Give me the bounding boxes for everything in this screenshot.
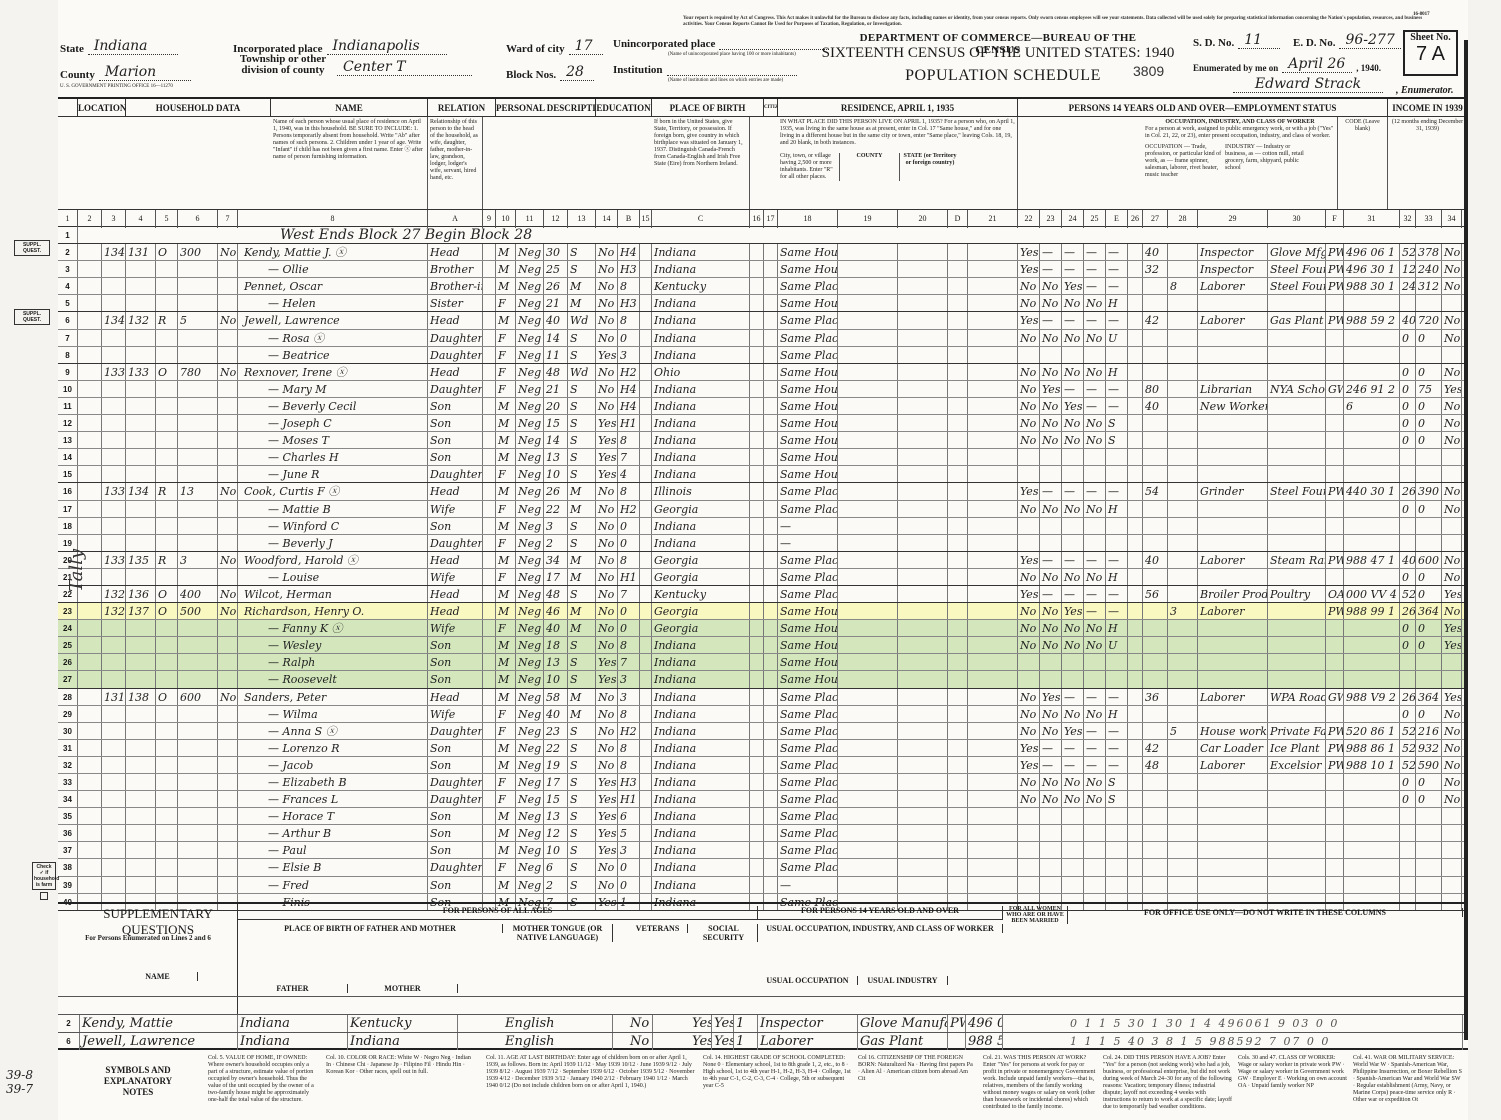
cell-visit	[126, 415, 156, 431]
cell-birth: Indiana	[652, 381, 750, 397]
cell-race: Neg	[516, 261, 544, 277]
table-row[interactable]: 5— HelenSisterFNeg21MNoH3IndianaSame Hou…	[58, 295, 1468, 312]
cell-codeD	[968, 261, 1018, 277]
enumeration-date: April 26	[1282, 56, 1352, 73]
cell-farm	[218, 535, 238, 551]
cell-c25: —	[1106, 757, 1128, 773]
cell-farm35	[948, 791, 968, 807]
cell-residence: —	[778, 518, 838, 534]
cell-codeE	[1128, 825, 1143, 841]
cell-class	[1326, 774, 1344, 790]
column-number: 2	[78, 210, 102, 228]
cell-birth: Indiana	[652, 432, 750, 448]
cell-seek	[1168, 347, 1198, 363]
cell-owned	[156, 449, 178, 465]
cell-industry: Private Family	[1268, 723, 1326, 739]
cell-cit	[764, 689, 778, 705]
cell-visit	[126, 278, 156, 294]
cell-c23: —	[1062, 689, 1084, 705]
cell-visit: 133	[126, 364, 156, 380]
table-row[interactable]: 18— Winford CSonMNeg3SNo0Indiana—	[58, 518, 1468, 535]
cell-codeC	[750, 261, 764, 277]
cell-grade: 8	[618, 552, 640, 568]
cell-industry	[1268, 432, 1326, 448]
table-row[interactable]: 37— PaulSonMNeg10SYes3IndianaSame Place	[58, 842, 1468, 859]
cell-c24	[1084, 877, 1106, 893]
cell-residence: Same Place	[778, 330, 838, 346]
cell-grade: 3	[618, 689, 640, 705]
cell-c21: No	[1018, 398, 1040, 414]
cell-codeD	[968, 244, 1018, 260]
cell-age: 26	[544, 483, 568, 499]
cell-owned	[156, 295, 178, 311]
cell-state	[898, 620, 948, 636]
cell-residence: Same House	[778, 364, 838, 380]
cell-grade: 0	[618, 620, 640, 636]
cell-grade: 0	[618, 518, 640, 534]
cell-grade: 0	[618, 535, 640, 551]
cell-codeE	[1128, 740, 1143, 756]
cell-value	[178, 398, 218, 414]
cell-code: 496 06 1	[1344, 244, 1400, 260]
cell-class: PW	[1326, 740, 1344, 756]
cell-state	[898, 261, 948, 277]
cell-weeks	[1400, 877, 1416, 893]
cell-code	[1344, 825, 1400, 841]
cell-farm	[218, 808, 238, 824]
cell-hours	[1143, 295, 1168, 311]
cell-hours: 32	[1143, 261, 1168, 277]
cell-visit: 135	[126, 552, 156, 568]
cell-relation: Head	[428, 552, 483, 568]
cell-sex: M	[496, 432, 516, 448]
table-row[interactable]: 30— Anna S ⓧDaughterFNeg23SNoH2IndianaSa…	[58, 723, 1468, 740]
cell-house	[102, 398, 126, 414]
cell-weeks: 12	[1400, 261, 1416, 277]
cell-other	[1442, 449, 1462, 465]
cell-value	[178, 706, 218, 722]
cell-codeB	[640, 347, 652, 363]
cell-codeE	[1128, 689, 1143, 705]
cell-age: 22	[544, 501, 568, 517]
table-row[interactable]: 231323137O500NoRichardson, Henry O.HeadM…	[58, 603, 1468, 620]
cell-other: No	[1442, 706, 1462, 722]
cell-cit	[764, 535, 778, 551]
table-row[interactable]: 4Pennet, OscarBrother-in-LawMNeg26MNo8Ke…	[58, 278, 1468, 295]
cell-industry	[1268, 330, 1326, 346]
cell-grade: H4	[618, 381, 640, 397]
cell-state	[898, 432, 948, 448]
cell-cit	[764, 415, 778, 431]
cell-weeks: 26	[1400, 483, 1416, 499]
cell-school: No	[596, 740, 618, 756]
cell-c22: —	[1040, 244, 1062, 260]
column-number: 28	[1168, 210, 1198, 228]
cell-grade: H4	[618, 244, 640, 260]
column-number: 4	[126, 210, 156, 228]
cell-value	[178, 723, 218, 739]
cell-grade: H2	[618, 501, 640, 517]
table-row[interactable]: 1West Ends Block 27 Begin Block 28	[58, 227, 1468, 244]
cell-code: 988 47 1	[1344, 552, 1400, 568]
cell-codeD	[968, 295, 1018, 311]
cell-c21: Yes	[1018, 586, 1040, 602]
cell-owned	[156, 466, 178, 482]
cell-house	[102, 432, 126, 448]
cell-school: No	[596, 518, 618, 534]
cell-c21	[1018, 535, 1040, 551]
cell-name: — Elizabeth B	[238, 774, 428, 790]
cell-c22: —	[1040, 483, 1062, 499]
cell-codeA	[483, 654, 496, 670]
column-number: E	[1106, 210, 1128, 228]
cell-codeC	[750, 278, 764, 294]
cell-hours	[1143, 432, 1168, 448]
cell-seek	[1168, 483, 1198, 499]
table-row[interactable]: 10— Mary MDaughterFNeg21SNoH4IndianaSame…	[58, 381, 1468, 398]
cell-grade: 3	[618, 842, 640, 858]
occupation-instructions: OCCUPATION, INDUSTRY, AND CLASS OF WORKE…	[1143, 117, 1338, 209]
table-row[interactable]: 3— OllieBrotherMNeg25SNoH3IndianaSame Ho…	[58, 261, 1468, 278]
cell-code: 246 91 2	[1344, 381, 1400, 397]
cell-c25: S	[1106, 432, 1128, 448]
table-row[interactable]: 19— Beverly JDaughterFNeg2SNo0Indiana—	[58, 535, 1468, 552]
cell-c23	[1062, 671, 1084, 687]
table-row[interactable]: 281317138O600NoSanders, PeterHeadMNeg58M…	[58, 689, 1468, 706]
cell-marital: S	[568, 347, 596, 363]
cell-county	[838, 637, 898, 653]
cell-owned: R	[156, 483, 178, 499]
table-row[interactable]: 201331135R3NoWoodford, Harold ⓧHeadMNeg3…	[58, 552, 1468, 569]
cell-visit	[126, 569, 156, 585]
table-row[interactable]: 14— Charles HSonMNeg13SYes7IndianaSame H…	[58, 449, 1468, 466]
cell-sex: M	[496, 808, 516, 824]
cell-relation: Daughter	[428, 347, 483, 363]
cell-hours	[1143, 347, 1168, 363]
cell-seek	[1168, 757, 1198, 773]
cell-income: 312	[1416, 278, 1442, 294]
cell-house	[102, 620, 126, 636]
cell-c24: —	[1084, 278, 1106, 294]
cell-state	[898, 808, 948, 824]
cell-county	[838, 706, 898, 722]
cell-owned	[156, 381, 178, 397]
cell-c23: No	[1062, 637, 1084, 653]
cell-seek	[1168, 620, 1198, 636]
table-row[interactable]: 36— Arthur BSonMNeg12SYes5IndianaSame Pl…	[58, 825, 1468, 842]
cell-codeB	[640, 432, 652, 448]
table-row[interactable]: 29— WilmaWifeFNeg40MNo8IndianaSame Place…	[58, 706, 1468, 723]
cell-school: No	[596, 398, 618, 414]
cell-codeD	[968, 689, 1018, 705]
cell-sex: M	[496, 483, 516, 499]
cell-codeB	[640, 859, 652, 875]
cell-codeB	[640, 278, 652, 294]
cell-county	[838, 859, 898, 875]
cell-cit	[764, 791, 778, 807]
cell-class	[1326, 791, 1344, 807]
table-row[interactable]: 33— Elizabeth BDaughterFNeg17SYesH3India…	[58, 774, 1468, 791]
cell-c24: —	[1084, 552, 1106, 568]
column-number: 23	[1040, 210, 1062, 228]
cell-birth: Indiana	[652, 791, 750, 807]
supp-cell-usual_occ: Laborer	[758, 1033, 858, 1050]
ed-value: 96-277	[1339, 32, 1400, 49]
cell-c23: No	[1062, 620, 1084, 636]
table-body: 1West Ends Block 27 Begin Block 28213451…	[58, 227, 1468, 911]
table-row[interactable]: 8— BeatriceDaughterFNeg11SYes3IndianaSam…	[58, 347, 1468, 364]
cell-cit	[764, 706, 778, 722]
cell-c24: —	[1084, 312, 1106, 328]
cell-relation: Wife	[428, 501, 483, 517]
cell-codeD	[968, 842, 1018, 858]
cell-value	[178, 466, 218, 482]
cell-cit	[764, 740, 778, 756]
table-row[interactable]: 15— June RDaughterFNeg10SYes4IndianaSame…	[58, 466, 1468, 483]
cell-age: 17	[544, 569, 568, 585]
cell-class	[1326, 825, 1344, 841]
supp-cell-office: 0 1 1 5 30 1 30 1 4 496061 9 03 0 0	[1068, 1015, 1463, 1032]
cell-school: No	[596, 757, 618, 773]
column-number: 16	[750, 210, 764, 228]
cell-value	[178, 535, 218, 551]
cell-county	[838, 723, 898, 739]
line-number: 2	[58, 1015, 80, 1032]
cell-race: Neg	[516, 723, 544, 739]
sd-value: 11	[1238, 32, 1280, 49]
cell-cit	[764, 347, 778, 363]
name-instructions: Name of each person whose usual place of…	[271, 117, 428, 209]
supp-cell-usual_ind: Gas Plant	[858, 1033, 948, 1050]
table-row[interactable]: 35— Horace TSonMNeg13SYes6IndianaSame Pl…	[58, 808, 1468, 825]
table-row[interactable]: 21345131O300NoKendy, Mattie J. ⓧHeadMNeg…	[58, 244, 1468, 261]
cell-other: No	[1442, 432, 1462, 448]
cell-race: Neg	[516, 483, 544, 499]
cell-school: No	[596, 569, 618, 585]
cell-seek	[1168, 432, 1198, 448]
cell-c23: —	[1062, 244, 1084, 260]
cell-income	[1416, 671, 1442, 687]
cell-codeA	[483, 842, 496, 858]
cell-age: 13	[544, 654, 568, 670]
cell-other	[1442, 295, 1462, 311]
column-number: 27	[1143, 210, 1168, 228]
cell-age: 15	[544, 415, 568, 431]
cell-race: Neg	[516, 740, 544, 756]
cell-sex: F	[496, 381, 516, 397]
column-number: 24	[1062, 210, 1084, 228]
cell-c24	[1084, 449, 1106, 465]
cell-county	[838, 569, 898, 585]
cell-c23	[1062, 518, 1084, 534]
table-row[interactable]: 12— Joseph CSonMNeg15SYesH1IndianaSame H…	[58, 415, 1468, 432]
column-number: 21	[968, 210, 1018, 228]
cell-c25: S	[1106, 415, 1128, 431]
table-row[interactable]: 161335134R13NoCook, Curtis F ⓧHeadMNeg26…	[58, 483, 1468, 500]
cell-codeB	[640, 312, 652, 328]
cell-house: 1317	[102, 689, 126, 705]
cell-c24: —	[1084, 757, 1106, 773]
cell-county	[838, 381, 898, 397]
cell-name: — Mattie B	[238, 501, 428, 517]
relation-instructions: Relationship of this person to the head …	[428, 117, 483, 209]
table-row[interactable]: 21— LouiseWifeFNeg17MNoH1GeorgiaSame Pla…	[58, 569, 1468, 586]
cell-cit	[764, 518, 778, 534]
ward-value: 17	[569, 38, 603, 55]
cell-value	[178, 381, 218, 397]
cell-c24: No	[1084, 706, 1106, 722]
cell-farm: No	[218, 312, 238, 328]
cell-c24	[1084, 808, 1106, 824]
cell-occupation	[1198, 415, 1268, 431]
cell-age: 22	[544, 740, 568, 756]
cell-c25: —	[1106, 278, 1128, 294]
supp-cell-veteran: No	[628, 1033, 653, 1050]
cell-birth: Indiana	[652, 415, 750, 431]
cell-c24	[1084, 518, 1106, 534]
cell-codeE	[1128, 312, 1143, 328]
table-row[interactable]: 91339133O780NoRexnover, Irene ⓧHeadFNeg4…	[58, 364, 1468, 381]
cell-c22: No	[1040, 706, 1062, 722]
table-row[interactable]: 26— RalphSonMNeg13SYes7IndianaSame House	[58, 654, 1468, 671]
cell-c25: —	[1106, 552, 1128, 568]
table-row[interactable]: 13— Moses TSonMNeg14SYes8IndianaSame Hou…	[58, 432, 1468, 449]
supplementary-row[interactable]: 2Kendy, MattieIndianaKentuckyEnglishNoYe…	[58, 1014, 1468, 1032]
cell-codeA	[483, 569, 496, 585]
cell-marital: S	[568, 740, 596, 756]
cell-value	[178, 278, 218, 294]
cell-sex: F	[496, 723, 516, 739]
cell-c21: Yes	[1018, 740, 1040, 756]
cell-farm35	[948, 774, 968, 790]
cell-codeE	[1128, 483, 1143, 499]
cell-owned	[156, 791, 178, 807]
supp-quest-marker-line-2: SUPPL. QUEST.	[14, 240, 50, 256]
cell-residence: Same Place	[778, 723, 838, 739]
cell-weeks: 52	[1400, 740, 1416, 756]
cell-grade: 8	[618, 432, 640, 448]
cell-visit: 134	[126, 483, 156, 499]
table-row[interactable]: 7— Rosa ⓧDaughterFNeg14SNo0IndianaSame P…	[58, 330, 1468, 347]
table-row[interactable]: 34— Frances LDaughterFNeg15SYesH1Indiana…	[58, 791, 1468, 808]
cell-name: Cook, Curtis F ⓧ	[238, 483, 428, 499]
cell-codeB	[640, 518, 652, 534]
table-row[interactable]: 61343132R5NoJewell, LawrenceHeadMNeg40Wd…	[58, 312, 1468, 329]
cell-farm35	[948, 261, 968, 277]
cell-house	[102, 877, 126, 893]
cell-c23: No	[1062, 774, 1084, 790]
cell-cit	[764, 552, 778, 568]
cell-state	[898, 654, 948, 670]
cell-hours	[1143, 808, 1168, 824]
cell-hours	[1143, 415, 1168, 431]
cell-farm35	[948, 381, 968, 397]
cell-grade: 4	[618, 466, 640, 482]
cell-class: PW	[1326, 261, 1344, 277]
cell-birth: Indiana	[652, 535, 750, 551]
cell-codeD	[968, 603, 1018, 619]
cell-relation: Head	[428, 312, 483, 328]
cell-sex: M	[496, 449, 516, 465]
table-row[interactable]: 31— Lorenzo RSonMNeg22SNo8IndianaSame Pl…	[58, 740, 1468, 757]
cell-other: No	[1442, 261, 1462, 277]
cell-value	[178, 620, 218, 636]
table-row[interactable]: 221327136O400NoWilcot, HermanHeadMNeg48S…	[58, 586, 1468, 603]
table-row[interactable]: 25— WesleySonMNeg18SNo8IndianaSame House…	[58, 637, 1468, 654]
farm-checkbox[interactable]	[40, 892, 48, 900]
cell-c23	[1062, 825, 1084, 841]
cell-farm35	[948, 398, 968, 414]
cell-age: 6	[544, 859, 568, 875]
cell-c21: No	[1018, 689, 1040, 705]
cell-state	[898, 842, 948, 858]
cell-house	[102, 381, 126, 397]
table-row[interactable]: 38— Elsie BDaughterFNeg6SNo0IndianaSame …	[58, 859, 1468, 876]
enumerator-name: Edward Strack	[1233, 76, 1383, 93]
cell-farm35	[948, 364, 968, 380]
cell-hours	[1143, 877, 1168, 893]
cell-codeB	[640, 415, 652, 431]
group-employment: PERSONS 14 YEARS OLD AND OVER—EMPLOYMENT…	[1018, 99, 1388, 117]
cell-farm	[218, 449, 238, 465]
cell-codeC	[750, 706, 764, 722]
cell-c21: No	[1018, 330, 1040, 346]
cell-c23	[1062, 877, 1084, 893]
cell-cit	[764, 398, 778, 414]
cell-county	[838, 877, 898, 893]
table-row[interactable]: 32— JacobSonMNeg19SNo8IndianaSame PlaceY…	[58, 757, 1468, 774]
cell-c21: No	[1018, 774, 1040, 790]
cell-visit	[126, 261, 156, 277]
cell-codeA	[483, 637, 496, 653]
cell-age: 40	[544, 620, 568, 636]
cell-marital: S	[568, 774, 596, 790]
ward-field: Ward of city 17	[506, 38, 603, 55]
cell-c21	[1018, 859, 1040, 875]
cell-codeE	[1128, 586, 1143, 602]
cell-relation: Son	[428, 842, 483, 858]
table-row[interactable]: 39— FredSonMNeg2SNo0Indiana—	[58, 877, 1468, 894]
table-row[interactable]: 27— RooseveltSonMNeg10SYes3IndianaSame H…	[58, 671, 1468, 688]
cell-seek	[1168, 877, 1198, 893]
cell-codeC	[750, 312, 764, 328]
cell-codeB	[640, 501, 652, 517]
cell-codeB	[640, 689, 652, 705]
cell-codeA	[483, 518, 496, 534]
cell-value	[178, 501, 218, 517]
cell-county	[838, 518, 898, 534]
table-row[interactable]: 24— Fanny K ⓧWifeFNeg40MNo0GeorgiaSame H…	[58, 620, 1468, 637]
column-headers: LOCATION HOUSEHOLD DATA NAME RELATION PE…	[58, 99, 1468, 227]
cell-marital: S	[568, 535, 596, 551]
cell-farm35	[948, 347, 968, 363]
table-row[interactable]: 17— Mattie BWifeFNeg22MNoH2GeorgiaSame P…	[58, 501, 1468, 518]
cell-income: 364	[1416, 689, 1442, 705]
cell-farm35	[948, 859, 968, 875]
cell-county	[838, 278, 898, 294]
cell-hours: 54	[1143, 483, 1168, 499]
cell-industry	[1268, 295, 1326, 311]
cell-codeC	[750, 449, 764, 465]
cell-weeks: 52	[1400, 757, 1416, 773]
supplementary-row[interactable]: 6Jewell, LawrenceIndianaIndianaEnglishNo…	[58, 1032, 1468, 1050]
cell-income: 0	[1416, 637, 1442, 653]
cell-race: Neg	[516, 791, 544, 807]
cell-age: 12	[544, 825, 568, 841]
cell-house	[102, 671, 126, 687]
table-row[interactable]: 11— Beverly CecilSonMNeg20SNoH4IndianaSa…	[58, 398, 1468, 415]
column-number: 7	[218, 210, 238, 228]
